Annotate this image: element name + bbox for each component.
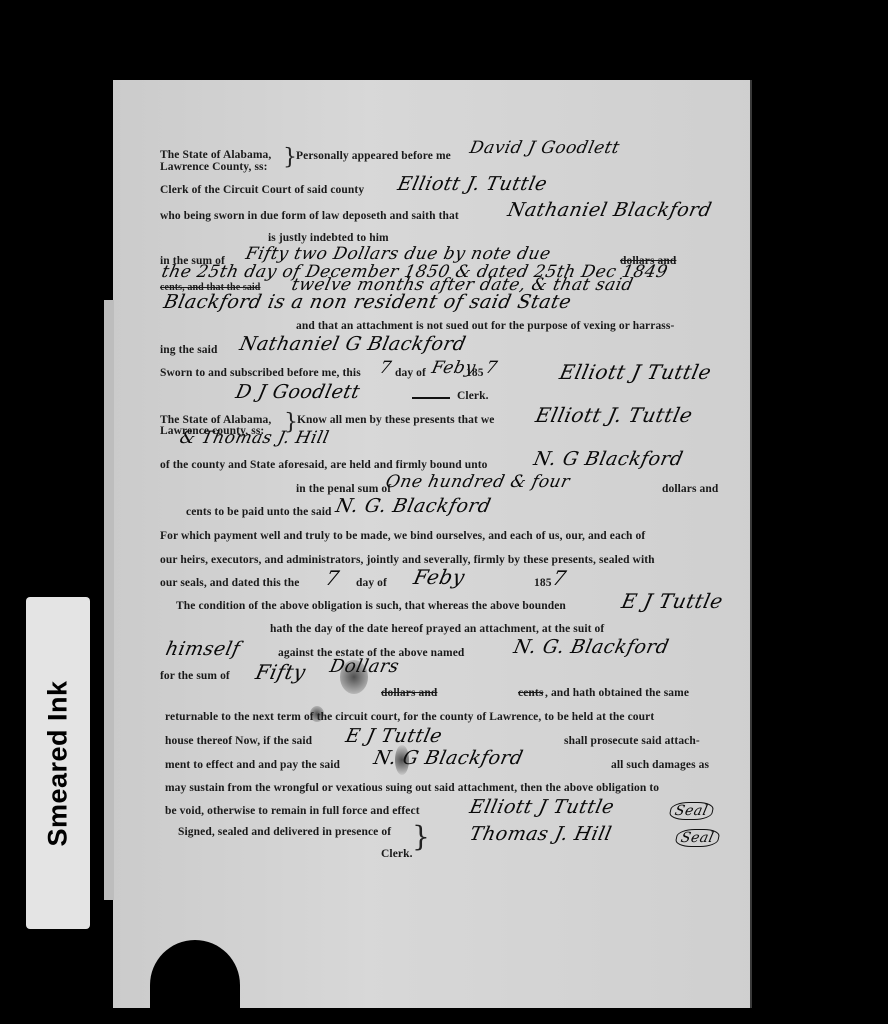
obligee-handwritten-2: N. G. Blackford <box>334 495 493 517</box>
for-sum: for the sum of <box>160 670 230 682</box>
indebted: is justly indebted to him <box>268 232 389 244</box>
dated-day-of: day of <box>356 577 387 589</box>
clerk-label: Clerk. <box>457 390 489 402</box>
principal-handwritten: Elliott J. Tuttle <box>533 403 695 427</box>
payment-line-1: For which payment well and truly to be m… <box>160 530 645 542</box>
deposeth: who being sworn in due form of law depos… <box>160 210 459 222</box>
signature-2: Thomas J. Hill <box>468 823 614 845</box>
affiant-handwritten: Elliott J. Tuttle <box>396 173 550 195</box>
clerk-signature: D J Goodlett <box>234 381 362 403</box>
clerk-of-court: Clerk of the Circuit Court of said count… <box>160 184 364 196</box>
obligee-handwritten: N. G Blackford <box>532 448 686 470</box>
payment-line-2: our heirs, executors, and administrators… <box>160 554 655 566</box>
dated-prefix: our seals, and dated this the <box>160 577 299 589</box>
signed: Signed, sealed and delivered in presence… <box>178 826 391 838</box>
be-void: be void, otherwise to remain in full for… <box>165 805 420 817</box>
page-edge <box>104 300 114 900</box>
annotation-tab-label-wrap: Smeared Ink <box>26 597 90 929</box>
house-thereof: house thereof Now, if the said <box>165 735 312 747</box>
seal-1: Seal <box>668 802 715 820</box>
returnable: returnable to the next term of the circu… <box>165 711 654 723</box>
bond-clerk-label: Clerk. <box>381 848 413 860</box>
sworn: Sworn to and subscribed before me, this <box>160 367 361 379</box>
affiant-signature: Elliott J Tuttle <box>557 360 713 384</box>
clerk-name-handwritten: David J Goodlett <box>468 138 622 158</box>
signature-1: Elliott J Tuttle <box>468 796 617 818</box>
annotation-tab-label: Smeared Ink <box>43 680 74 846</box>
state-line: The State of Alabama, <box>160 149 271 161</box>
bond-dollars-and-struck: dollars and <box>381 687 437 699</box>
penal-sum: in the penal sum of <box>296 483 391 495</box>
sum-handwritten-4: Blackford is a non resident of said Stat… <box>162 291 574 313</box>
obtained: , and hath obtained the same <box>545 687 689 699</box>
cents-paid: cents to be paid unto the said <box>186 506 332 518</box>
ing-the-said: ing the said <box>160 344 217 356</box>
for-sum-handwritten: Fifty <box>253 660 308 684</box>
year-prefix: 185 <box>466 367 484 379</box>
condition: The condition of the above obligation is… <box>176 600 566 612</box>
penal-amount-handwritten: One hundred & four <box>384 472 572 492</box>
know-all-men: Know all men by these presents that we <box>297 414 495 426</box>
damages: all such damages as <box>611 759 709 771</box>
brace: } <box>412 820 430 853</box>
seal-2: Seal <box>674 829 721 847</box>
prosecute: shall prosecute said attach- <box>564 735 700 747</box>
day-of: day of <box>395 367 426 379</box>
surety-handwritten: & Thomas J. Hill <box>178 428 331 448</box>
debtor-handwritten: Nathaniel Blackford <box>506 199 714 221</box>
may-sustain: may sustain from the wrongful or vexatio… <box>165 782 659 794</box>
attachment-clause: and that an attachment is not sued out f… <box>296 320 674 332</box>
county-line: Lawrence County, ss: <box>160 161 268 173</box>
bond-cents-struck: cents <box>518 687 543 699</box>
dated-year-prefix: 185 <box>534 577 552 589</box>
clerk-line <box>412 397 450 399</box>
personally-appeared: Personally appeared before me <box>296 150 451 162</box>
ink-smear <box>395 745 409 775</box>
dated-month-handwritten: Feby <box>411 565 467 589</box>
sum-handwritten-1: Fifty two Dollars due by note due <box>244 244 553 264</box>
binding-hole <box>150 940 240 1024</box>
ment-effect: ment to effect and and pay the said <box>165 759 340 771</box>
against-handwritten: N. G. Blackford <box>512 636 671 658</box>
brace: } <box>283 145 297 170</box>
bounden-handwritten: E J Tuttle <box>619 589 725 613</box>
held-bound: of the county and State aforesaid, are h… <box>160 459 487 471</box>
prayed: hath the day of the date hereof prayed a… <box>270 623 604 635</box>
dollars-and: dollars and <box>662 483 718 495</box>
suit-of-handwritten: himself <box>164 638 243 660</box>
ink-smear <box>340 660 368 694</box>
prosecutor-handwritten: E J Tuttle <box>344 725 445 747</box>
defendant-handwritten: Nathaniel G Blackford <box>238 333 468 355</box>
